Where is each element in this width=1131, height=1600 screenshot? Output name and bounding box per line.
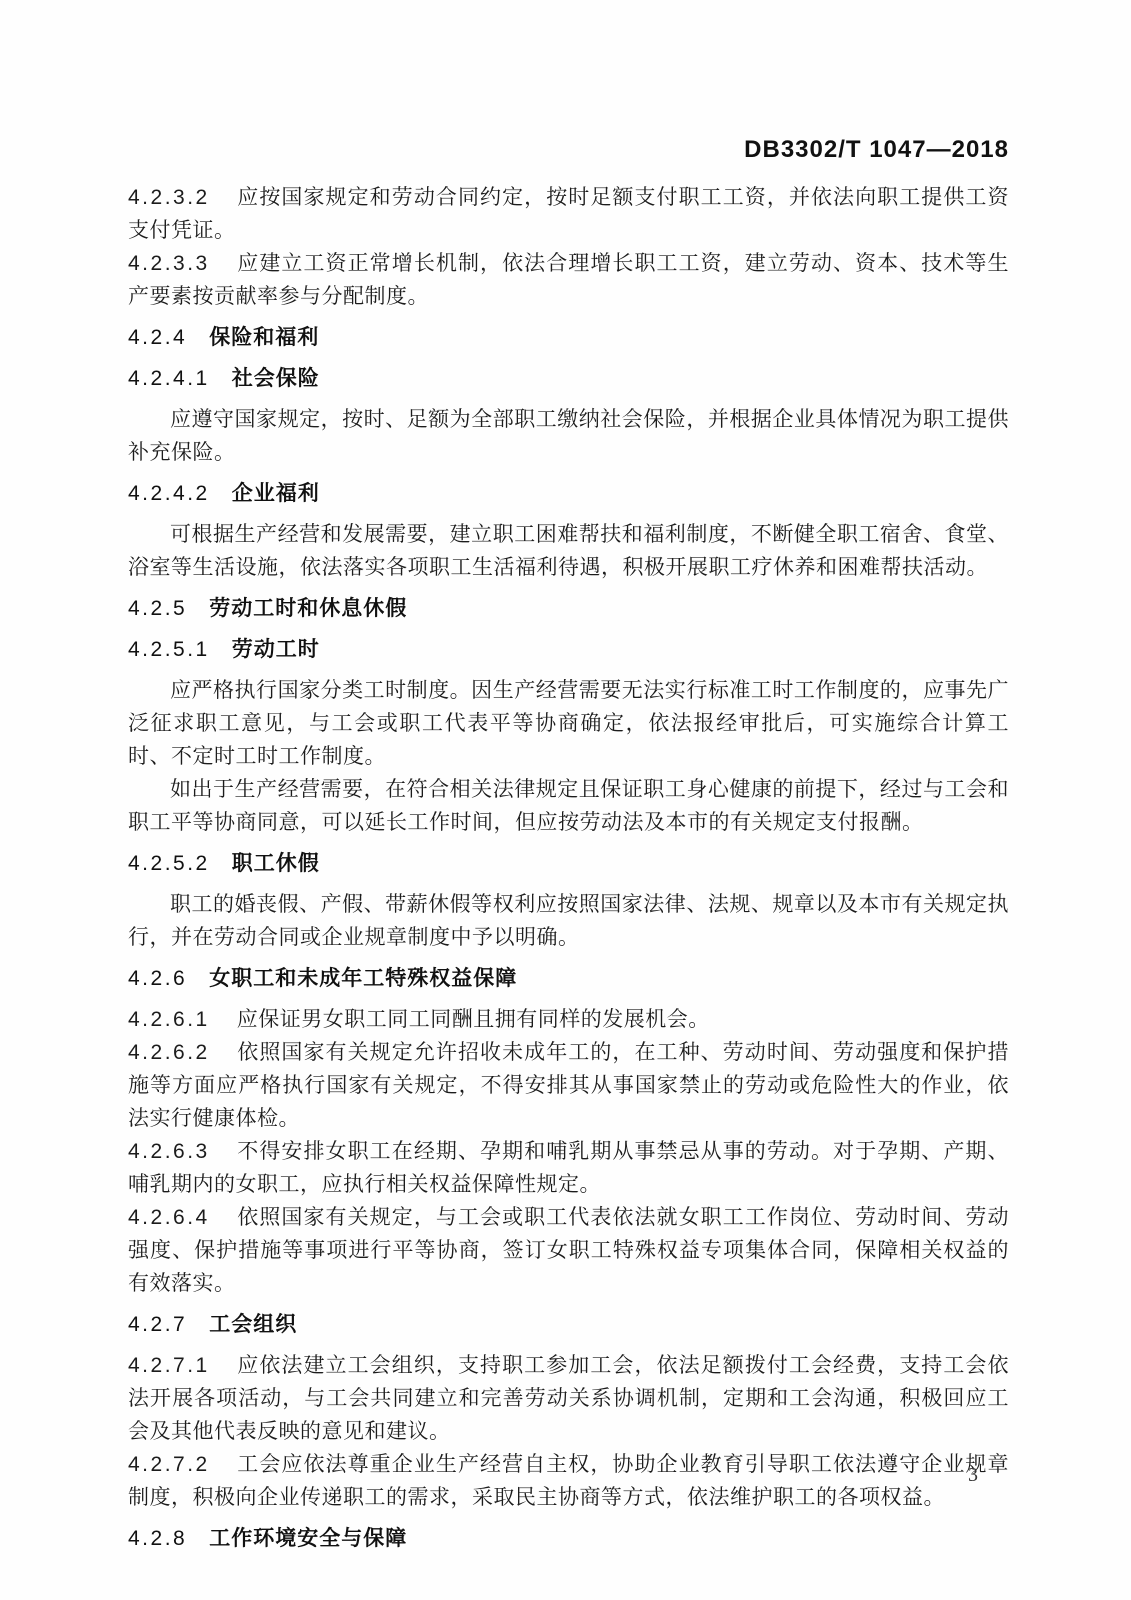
clause-number: 4.2.6.3 <box>128 1140 210 1163</box>
section-number: 4.2.4.2 <box>128 482 210 505</box>
clause-paragraph: 4.2.3.2应按国家规定和劳动合同约定，按时足额支付职工工资，并依法向职工提供… <box>128 181 1009 247</box>
clause-text: 应按国家规定和劳动合同约定，按时足额支付职工工资，并依法向职工提供工资支付凭证。 <box>128 185 1009 242</box>
section-title: 劳动工时 <box>232 638 320 661</box>
section-title: 保险和福利 <box>209 326 319 349</box>
body-paragraph: 如出于生产经营需要，在符合相关法律规定且保证职工身心健康的前提下，经过与工会和职… <box>128 773 1009 839</box>
clause-paragraph: 4.2.6.2依照国家有关规定允许招收未成年工的，在工种、劳动时间、劳动强度和保… <box>128 1036 1009 1135</box>
section-title: 工会组织 <box>209 1313 297 1336</box>
section-number: 4.2.5.2 <box>128 852 210 875</box>
section-heading: 4.2.5劳动工时和休息休假 <box>128 592 1009 625</box>
section-number: 4.2.6 <box>128 967 187 990</box>
clause-number: 4.2.3.3 <box>128 252 210 275</box>
standard-code-header: DB3302/T 1047—2018 <box>744 136 1009 164</box>
section-number: 4.2.4.1 <box>128 367 210 390</box>
section-heading: 4.2.4.1社会保险 <box>128 362 1009 395</box>
clause-paragraph: 4.2.6.4依照国家有关规定，与工会或职工代表依法就女职工工作岗位、劳动时间、… <box>128 1201 1009 1300</box>
section-title: 劳动工时和休息休假 <box>209 597 407 620</box>
document-body: 4.2.3.2应按国家规定和劳动合同约定，按时足额支付职工工资，并依法向职工提供… <box>128 181 1009 1563</box>
section-number: 4.2.4 <box>128 326 187 349</box>
section-heading: 4.2.4.2企业福利 <box>128 477 1009 510</box>
section-number: 4.2.7 <box>128 1313 187 1336</box>
section-title: 女职工和未成年工特殊权益保障 <box>209 967 517 990</box>
clause-text: 不得安排女职工在经期、孕期和哺乳期从事禁忌从事的劳动。对于孕期、产期、哺乳期内的… <box>128 1139 1009 1196</box>
clause-number: 4.2.7.2 <box>128 1453 210 1476</box>
section-number: 4.2.5 <box>128 597 187 620</box>
section-heading: 4.2.8工作环境安全与保障 <box>128 1522 1009 1555</box>
clause-paragraph: 4.2.7.2工会应依法尊重企业生产经营自主权，协助企业教育引导职工依法遵守企业… <box>128 1448 1009 1514</box>
section-number: 4.2.8 <box>128 1527 187 1550</box>
clause-number: 4.2.6.1 <box>128 1008 210 1031</box>
body-paragraph: 应遵守国家规定，按时、足额为全部职工缴纳社会保险，并根据企业具体情况为职工提供补… <box>128 403 1009 469</box>
body-paragraph: 应严格执行国家分类工时制度。因生产经营需要无法实行标准工时工作制度的，应事先广泛… <box>128 674 1009 773</box>
clause-text: 依照国家有关规定，与工会或职工代表依法就女职工工作岗位、劳动时间、劳动强度、保护… <box>128 1205 1009 1295</box>
clause-number: 4.2.3.2 <box>128 186 210 209</box>
section-title: 职工休假 <box>232 852 320 875</box>
section-heading: 4.2.5.1劳动工时 <box>128 633 1009 666</box>
clause-text: 应依法建立工会组织，支持职工参加工会，依法足额拨付工会经费，支持工会依法开展各项… <box>128 1353 1009 1443</box>
clause-text: 应建立工资正常增长机制，依法合理增长职工工资，建立劳动、资本、技术等生产要素按贡… <box>128 251 1009 308</box>
clause-text: 工会应依法尊重企业生产经营自主权，协助企业教育引导职工依法遵守企业规章制度，积极… <box>128 1452 1009 1509</box>
section-heading: 4.2.7工会组织 <box>128 1308 1009 1341</box>
clause-paragraph: 4.2.3.3应建立工资正常增长机制，依法合理增长职工工资，建立劳动、资本、技术… <box>128 247 1009 313</box>
section-number: 4.2.5.1 <box>128 638 210 661</box>
clause-paragraph: 4.2.6.3不得安排女职工在经期、孕期和哺乳期从事禁忌从事的劳动。对于孕期、产… <box>128 1135 1009 1201</box>
body-paragraph: 职工的婚丧假、产假、带薪休假等权利应按照国家法律、法规、规章以及本市有关规定执行… <box>128 888 1009 954</box>
clause-text: 依照国家有关规定允许招收未成年工的，在工种、劳动时间、劳动强度和保护措施等方面应… <box>128 1040 1009 1130</box>
page-number: 3 <box>968 1464 978 1487</box>
clause-number: 4.2.6.2 <box>128 1041 210 1064</box>
clause-paragraph: 4.2.7.1应依法建立工会组织，支持职工参加工会，依法足额拨付工会经费，支持工… <box>128 1349 1009 1448</box>
document-page: DB3302/T 1047—2018 4.2.3.2应按国家规定和劳动合同约定，… <box>0 0 1131 1600</box>
clause-text: 应保证男女职工同工同酬且拥有同样的发展机会。 <box>237 1007 710 1031</box>
clause-paragraph: 4.2.6.1应保证男女职工同工同酬且拥有同样的发展机会。 <box>128 1003 1009 1036</box>
body-paragraph: 可根据生产经营和发展需要，建立职工困难帮扶和福利制度，不断健全职工宿舍、食堂、浴… <box>128 518 1009 584</box>
section-heading: 4.2.6女职工和未成年工特殊权益保障 <box>128 962 1009 995</box>
section-heading: 4.2.5.2职工休假 <box>128 847 1009 880</box>
clause-number: 4.2.6.4 <box>128 1206 210 1229</box>
section-title: 社会保险 <box>232 367 320 390</box>
section-heading: 4.2.4保险和福利 <box>128 321 1009 354</box>
clause-number: 4.2.7.1 <box>128 1354 210 1377</box>
section-title: 工作环境安全与保障 <box>209 1527 407 1550</box>
section-title: 企业福利 <box>232 482 320 505</box>
